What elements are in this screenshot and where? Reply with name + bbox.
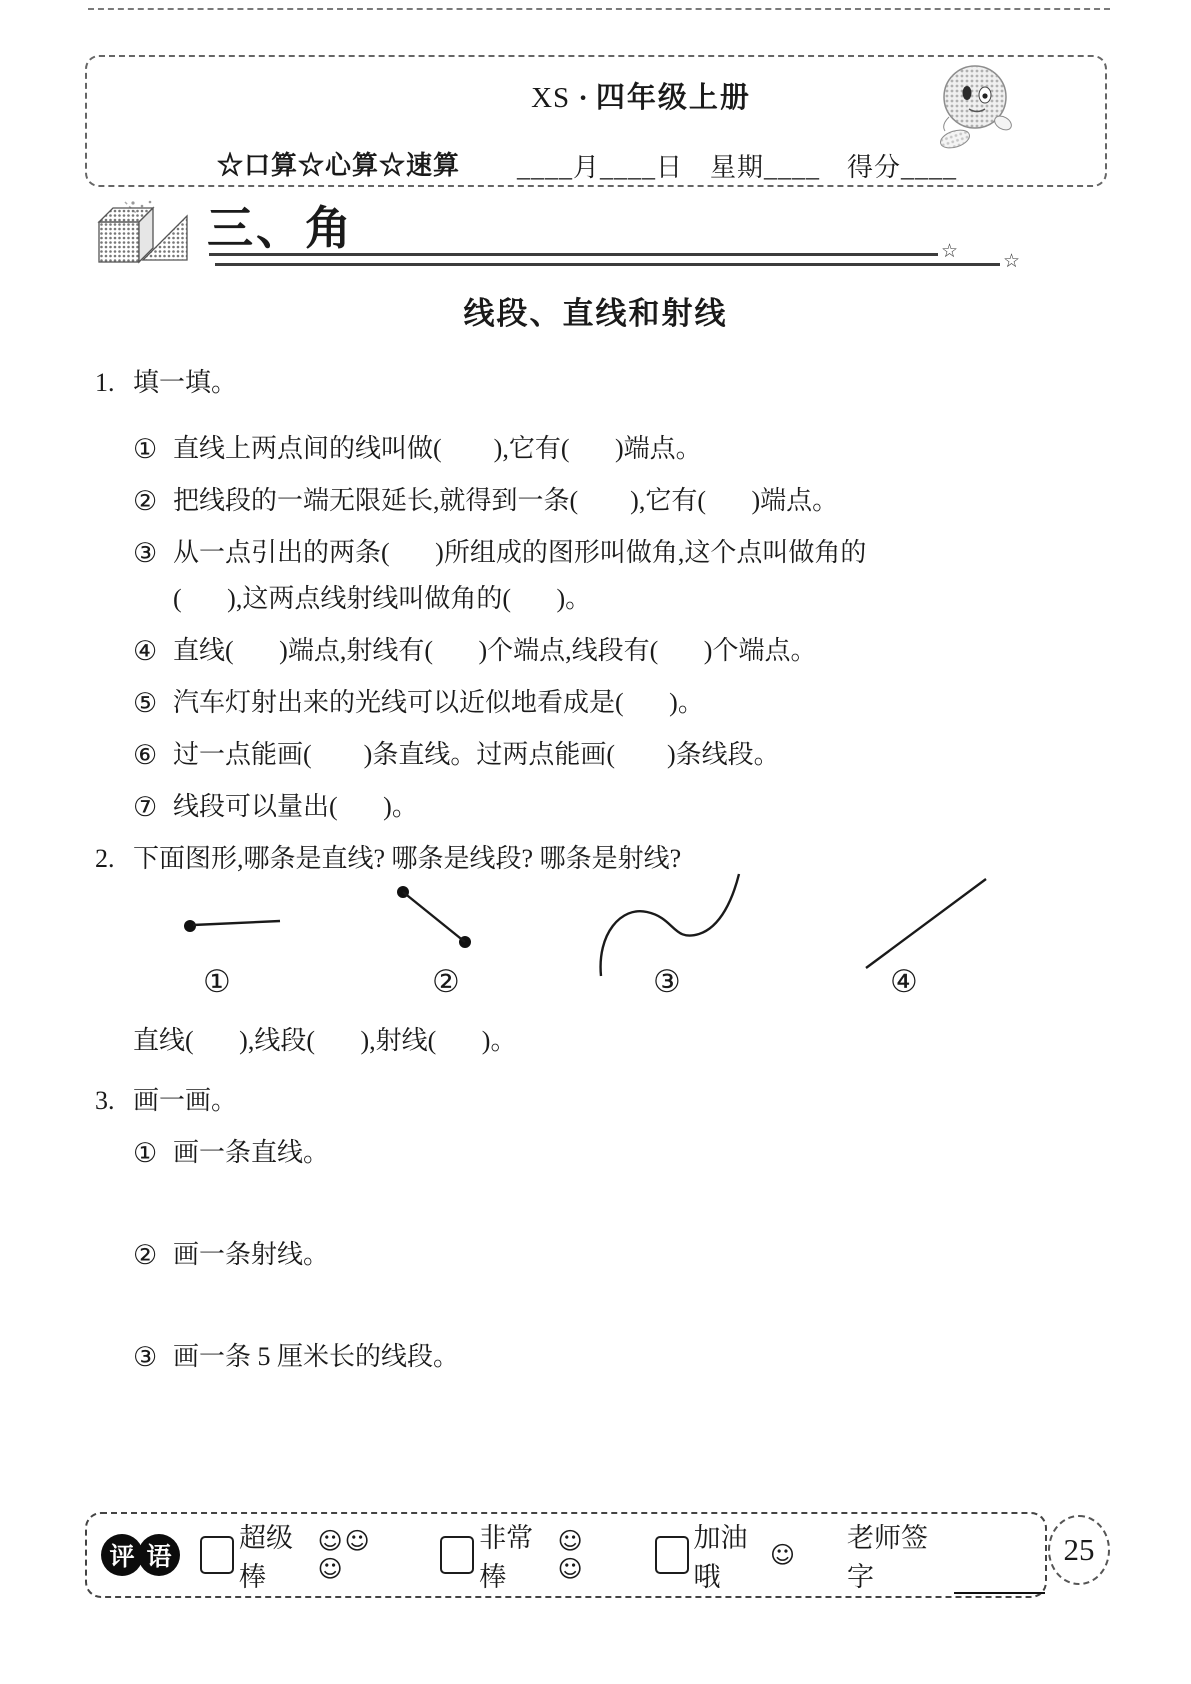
- edition-code: XS: [531, 82, 570, 114]
- question-title: 填一填。: [133, 360, 1105, 406]
- checkbox-great[interactable]: [440, 1536, 474, 1574]
- fill-in-text: 从一点引出的两条( )所组成的图形叫做角,这个点叫做角的 ( ),这两点线射线叫…: [173, 530, 1105, 622]
- star-icon: ☆: [1003, 250, 1020, 272]
- rating-option-keep-going: 加油哦 ☺: [655, 1516, 798, 1594]
- signature-blank: [954, 1562, 1045, 1594]
- smiley-icons: ☺☺: [558, 1527, 609, 1583]
- item-number: ④: [133, 628, 173, 674]
- date-score-line: ____月____日 星期____ 得分____: [517, 147, 957, 184]
- q1-item-2: ② 把线段的一端无限延长,就得到一条( ),它有( )端点。: [133, 478, 1105, 524]
- evaluation-footer: 评 语 超级棒 ☺☺☺ 非常棒 ☺☺ 加油哦 ☺ 老师签字: [85, 1512, 1047, 1598]
- mascot-icon: [925, 59, 1025, 151]
- q1-item-3: ③ 从一点引出的两条( )所组成的图形叫做角,这个点叫做角的 ( ),这两点线射…: [133, 530, 1105, 622]
- rating-label: 加油哦: [694, 1516, 768, 1594]
- draw-task-text: 画一条 5 厘米长的线段。: [173, 1334, 1105, 1380]
- figure-segment: [395, 884, 475, 952]
- brand-slogan: ☆口算☆心算☆速算: [217, 145, 460, 182]
- smiley-icons: ☺: [770, 1541, 797, 1569]
- rating-option-great: 非常棒 ☺☺: [440, 1516, 608, 1594]
- question-3-header: 3. 画一画。: [95, 1078, 1105, 1124]
- fill-in-text: 直线( ),线段( ),射线( )。: [133, 1018, 1105, 1064]
- question-title: 画一画。: [133, 1078, 1105, 1124]
- q1-item-4: ④ 直线( )端点,射线有( )个端点,线段有( )个端点。: [133, 628, 1105, 674]
- item-number: ①: [133, 1130, 173, 1176]
- fill-in-text: 直线( )端点,射线有( )个端点,线段有( )个端点。: [173, 628, 1105, 674]
- item-number: ⑦: [133, 784, 173, 830]
- page-top-border: [88, 8, 1110, 10]
- q1-item-7: ⑦ 线段可以量出( )。: [133, 784, 1105, 830]
- comment-badge: 评 语: [101, 1534, 180, 1576]
- page-number-value: 25: [1064, 1532, 1095, 1568]
- item-number: ⑥: [133, 732, 173, 778]
- header-box: XS·四年级上册 ☆口算☆心算☆速算 ____月____日 星期____ 得分_…: [85, 55, 1107, 187]
- draw-task-text: 画一条直线。: [173, 1130, 1105, 1176]
- item-number: ②: [133, 1232, 173, 1278]
- teacher-signature: 老师签字: [847, 1516, 1045, 1594]
- item-number: ③: [133, 530, 173, 622]
- badge-char-1: 评: [101, 1534, 143, 1576]
- fill-in-text: 过一点能画( )条直线。过两点能画( )条线段。: [173, 732, 1105, 778]
- q1-item-6: ⑥ 过一点能画( )条直线。过两点能画( )条线段。: [133, 732, 1105, 778]
- draw-task-text: 画一条射线。: [173, 1232, 1105, 1278]
- figure-label-1: ①: [203, 964, 231, 1000]
- lesson-title: 线段、直线和射线: [0, 288, 1191, 333]
- item-number: ⑤: [133, 680, 173, 726]
- question-number: 2.: [95, 836, 133, 882]
- item-number: ③: [133, 1334, 173, 1380]
- worksheet-body: 1. 填一填。 ① 直线上两点间的线叫做( ),它有( )端点。 ② 把线段的一…: [95, 360, 1105, 1386]
- q3-item-1: ① 画一条直线。: [133, 1130, 1105, 1176]
- q3-item-2: ② 画一条射线。: [133, 1232, 1105, 1278]
- question-number: 1.: [95, 360, 133, 406]
- title-underline-2: [215, 263, 1000, 266]
- star-icon: ☆: [941, 240, 958, 262]
- grade-label: 四年级上册: [596, 82, 751, 114]
- fill-in-text: 线段可以量出( )。: [173, 784, 1105, 830]
- title-separator: ·: [578, 82, 588, 114]
- q2-figures: ① ② ③ ④: [95, 878, 1105, 1018]
- badge-char-2: 语: [138, 1534, 180, 1576]
- section-header: 三、角 ☆ ☆: [95, 196, 1105, 280]
- item-number: ①: [133, 426, 173, 472]
- figure-label-3: ③: [653, 964, 681, 1000]
- figure-label-4: ④: [890, 964, 918, 1000]
- question-1-header: 1. 填一填。: [95, 360, 1105, 406]
- question-number: 3.: [95, 1078, 133, 1124]
- figure-label-2: ②: [432, 964, 460, 1000]
- smiley-icons: ☺☺☺: [318, 1527, 395, 1583]
- rating-label: 超级棒: [239, 1516, 316, 1594]
- page-number: 25: [1048, 1515, 1110, 1585]
- section-title: 三、角: [207, 192, 354, 258]
- rating-option-super: 超级棒 ☺☺☺: [200, 1516, 394, 1594]
- title-underline-1: [209, 253, 938, 256]
- fill-in-text: 把线段的一端无限延长,就得到一条( ),它有( )端点。: [173, 478, 1105, 524]
- signature-label: 老师签字: [847, 1516, 950, 1594]
- q2-answer-line: 直线( ),线段( ),射线( )。: [133, 1018, 1105, 1064]
- fill-in-text: 直线上两点间的线叫做( ),它有( )端点。: [173, 426, 1105, 472]
- q3-item-3: ③ 画一条 5 厘米长的线段。: [133, 1334, 1105, 1380]
- checkbox-keep-going[interactable]: [655, 1536, 689, 1574]
- q1-item-5: ⑤ 汽车灯射出来的光线可以近似地看成是( )。: [133, 680, 1105, 726]
- figure-ray: [183, 914, 283, 936]
- fill-in-text: 汽车灯射出来的光线可以近似地看成是( )。: [173, 680, 1105, 726]
- cube-decoration-icon: [95, 200, 195, 266]
- item-number: ②: [133, 478, 173, 524]
- q1-item-1: ① 直线上两点间的线叫做( ),它有( )端点。: [133, 426, 1105, 472]
- checkbox-super[interactable]: [200, 1536, 234, 1574]
- figure-line: [862, 876, 990, 972]
- rating-label: 非常棒: [479, 1516, 555, 1594]
